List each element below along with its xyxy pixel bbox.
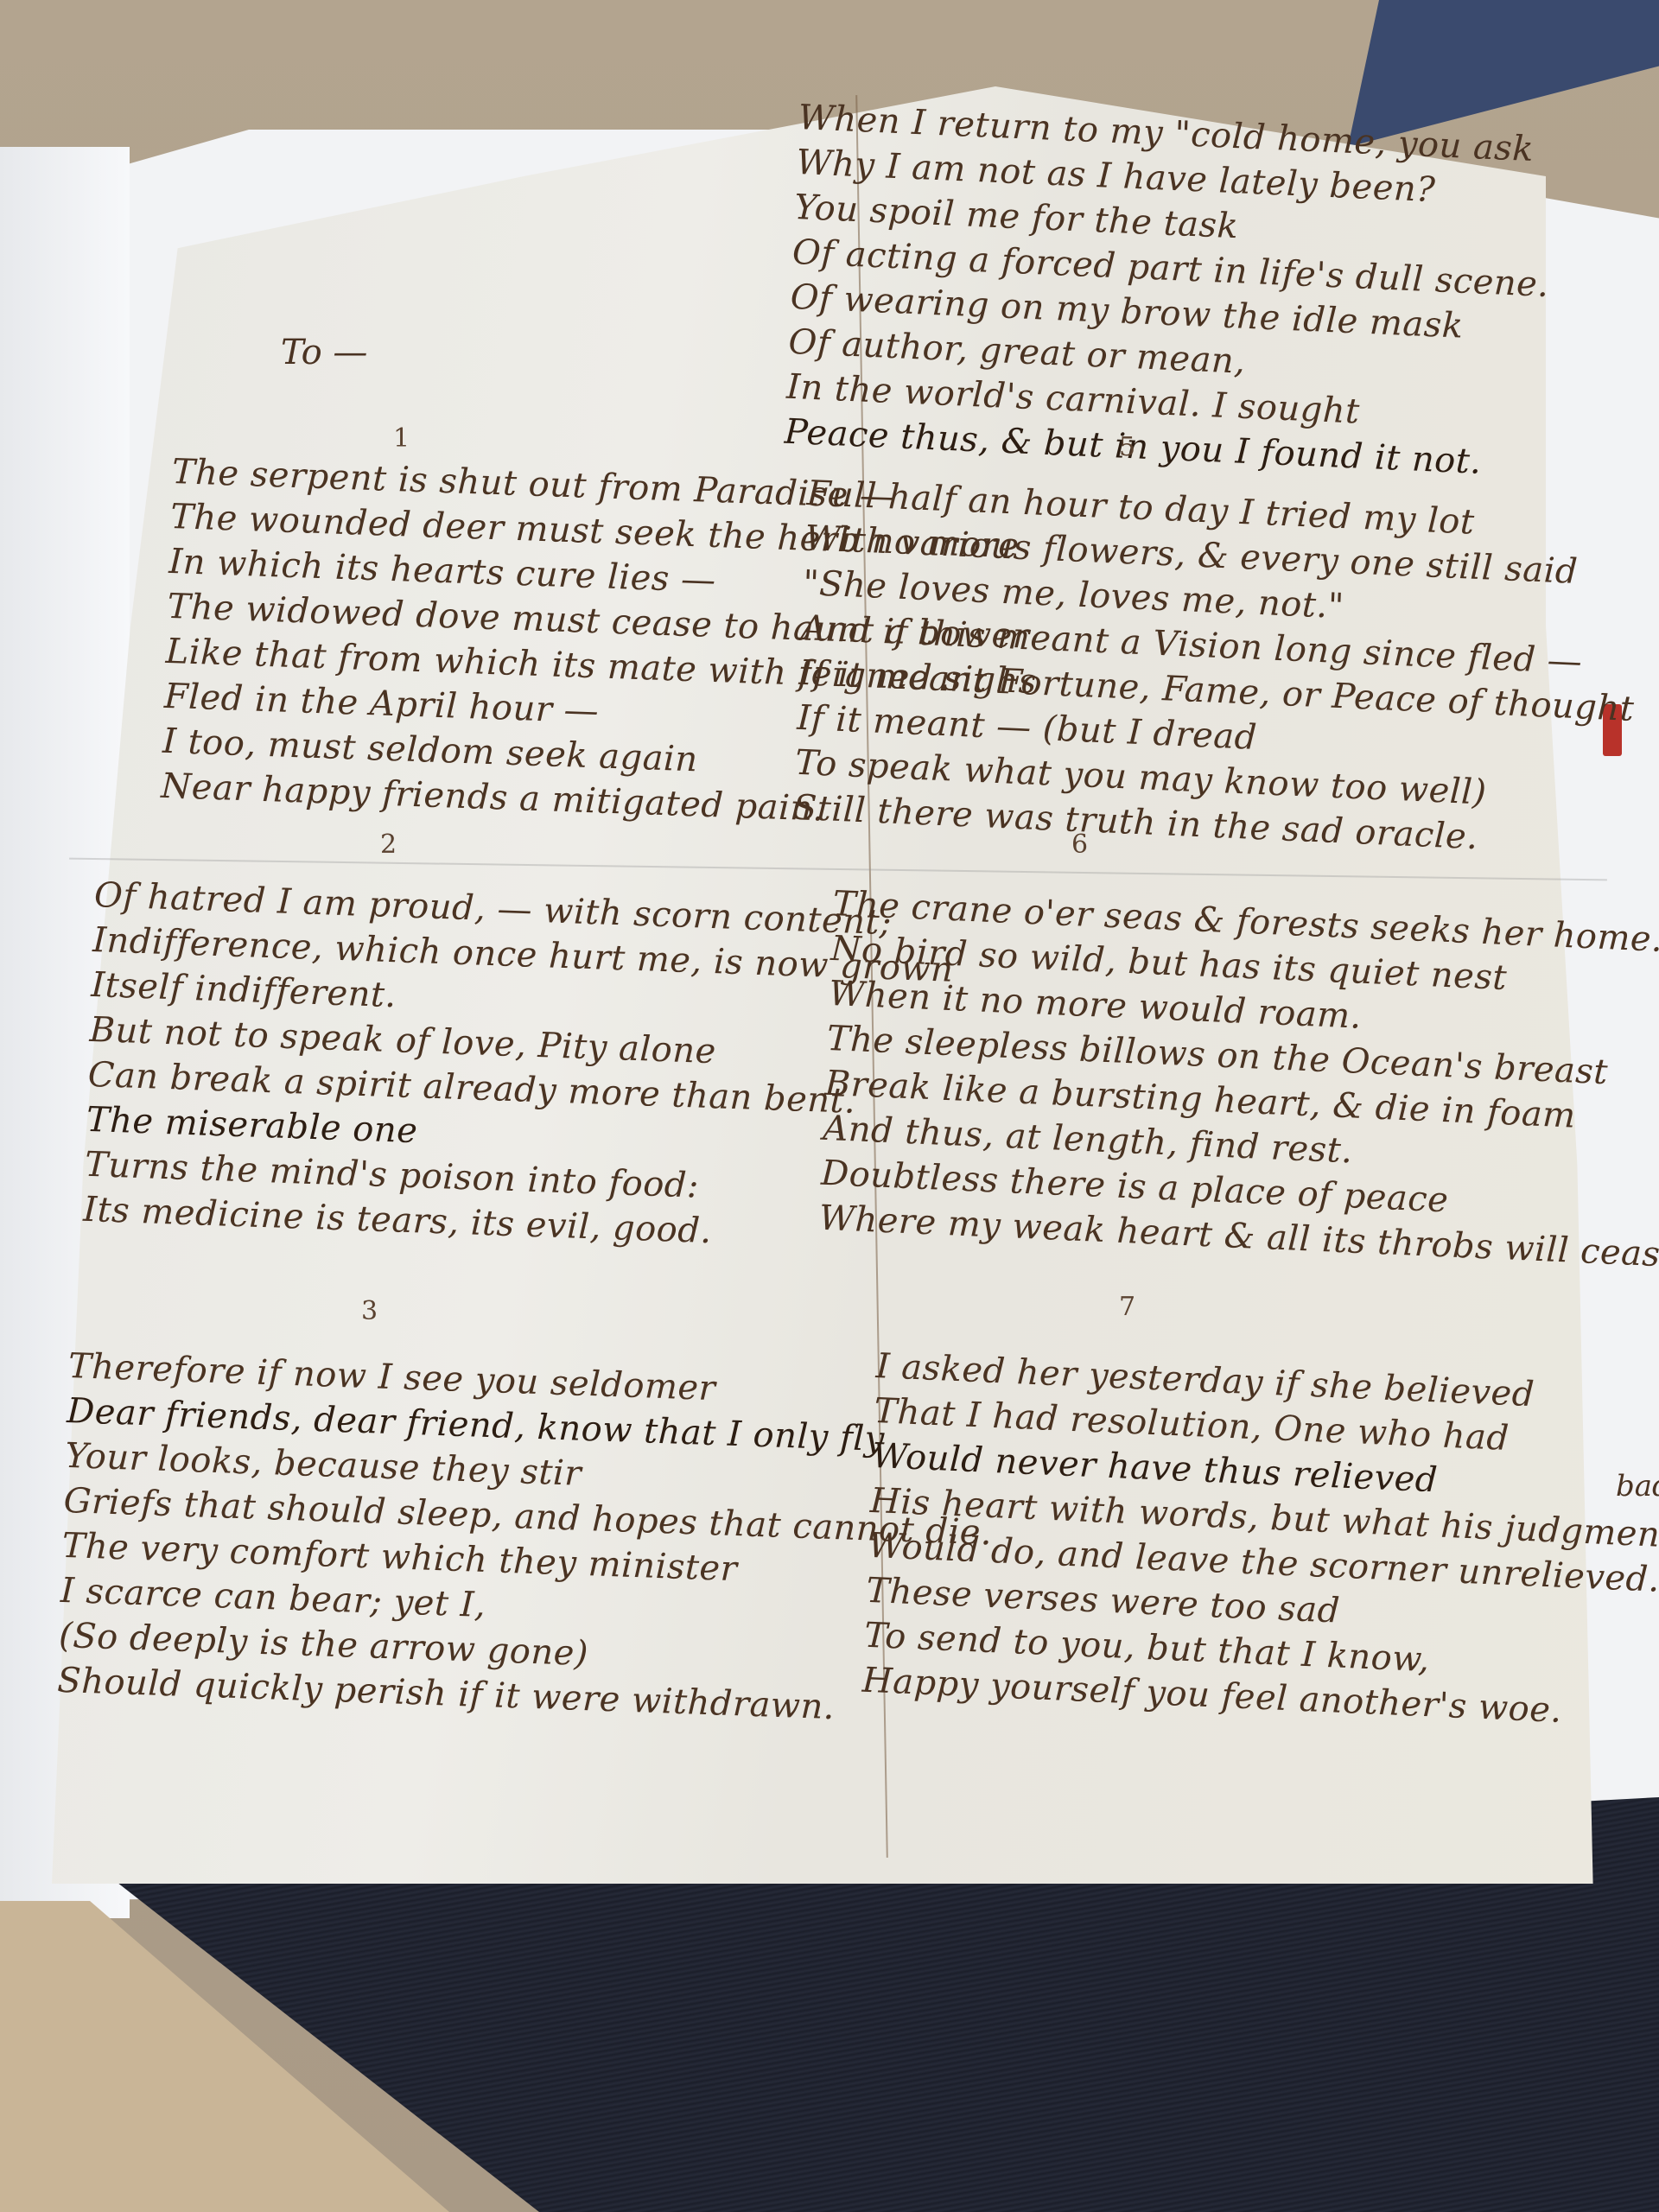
margin-note: bade (1616, 1469, 1659, 1503)
stanza-number-3: 3 (361, 1296, 378, 1326)
stanza-4: When I return to my "cold home, you ask … (784, 95, 1556, 487)
poem-title: To — (281, 333, 367, 372)
stanza-3: Therefore if now I see you seldomer Dear… (56, 1344, 997, 1735)
stanza-7: I asked her yesterday if she believed Th… (861, 1344, 1659, 1742)
stanza-number-7: 7 (1119, 1292, 1135, 1322)
stanza-5: Full half an hour to day I tried my lot … (792, 471, 1643, 867)
stanza-6: The crane o'er seas & forests seeks her … (818, 881, 1659, 1279)
stanza-number-2: 2 (380, 829, 397, 860)
stanza-number-5: 5 (1119, 432, 1135, 462)
stanza-number-6: 6 (1071, 829, 1088, 860)
stanza-number-1: 1 (393, 423, 410, 454)
